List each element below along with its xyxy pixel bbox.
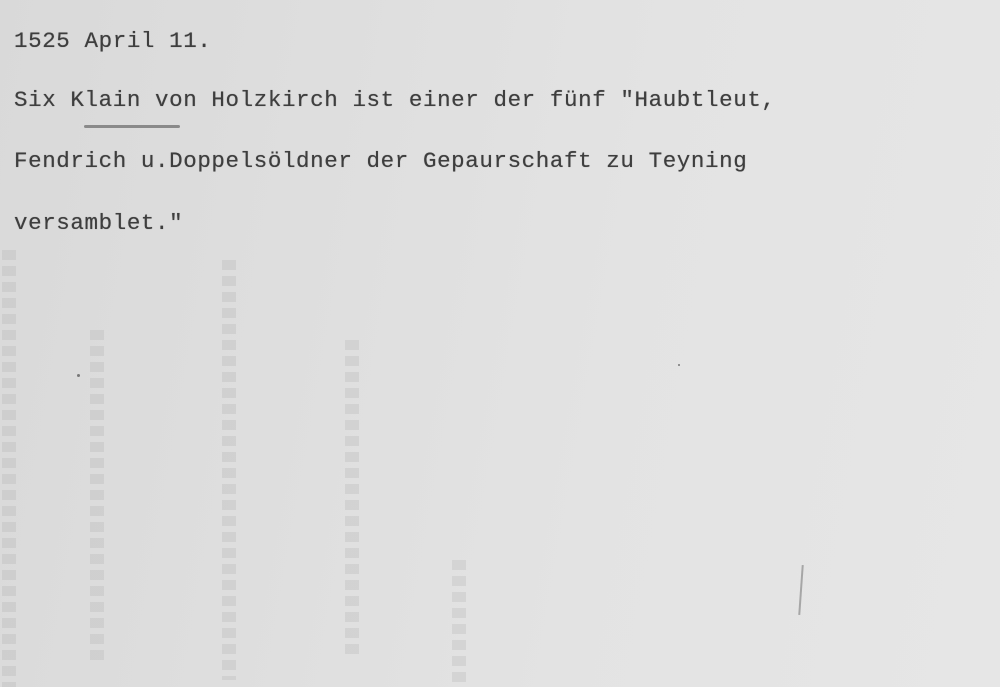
archive-card: 1525 April 11. Six Klain von Holzkirch i… xyxy=(0,0,1000,687)
text-line-3: versamblet." xyxy=(14,210,183,236)
show-through-text xyxy=(90,330,104,660)
speck xyxy=(77,374,80,377)
date-heading: 1525 April 11. xyxy=(14,28,211,54)
speck xyxy=(678,364,680,366)
pencil-mark xyxy=(798,565,803,615)
show-through-text xyxy=(452,560,466,687)
name-underline xyxy=(84,125,180,128)
text-line-2: Fendrich u.Doppelsöldner der Gepaurschaf… xyxy=(14,148,747,174)
show-through-text xyxy=(2,250,16,687)
show-through-text xyxy=(345,340,359,660)
text-line-1: Six Klain von Holzkirch ist einer der fü… xyxy=(14,87,776,113)
show-through-text xyxy=(222,260,236,680)
